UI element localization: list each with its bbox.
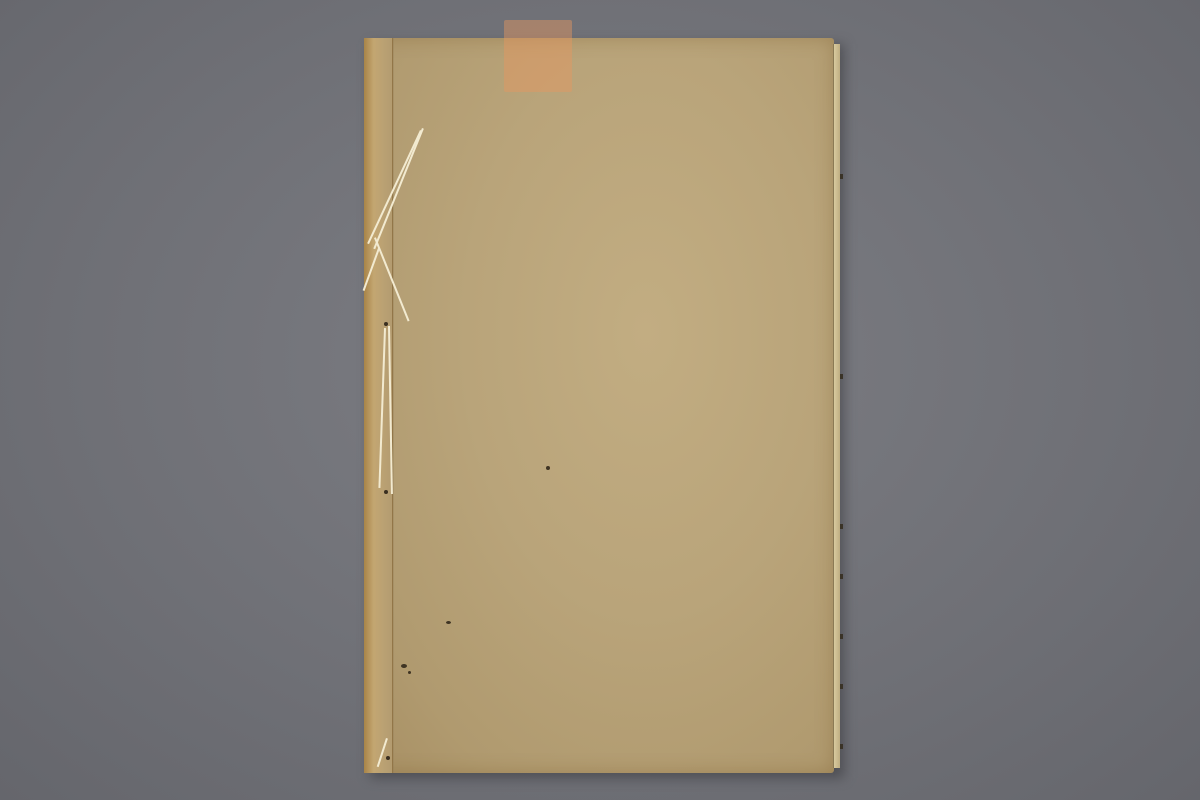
edge-mark — [840, 524, 843, 529]
binding-fold-line — [392, 38, 394, 773]
edge-mark — [840, 684, 843, 689]
stitch-hole — [386, 756, 390, 760]
edge-mark — [840, 574, 843, 579]
edge-mark — [840, 374, 843, 379]
stitch-hole — [384, 490, 388, 494]
red-seal-stamp — [504, 20, 572, 92]
edge-mark — [840, 634, 843, 639]
stain-spot — [408, 671, 411, 674]
stain-spot — [546, 466, 550, 470]
book-cover — [364, 38, 834, 773]
edge-mark — [840, 174, 843, 179]
edge-mark — [840, 744, 843, 749]
page-block-edge — [833, 44, 840, 768]
stain-spot — [401, 664, 407, 668]
stain-spot — [446, 621, 451, 624]
